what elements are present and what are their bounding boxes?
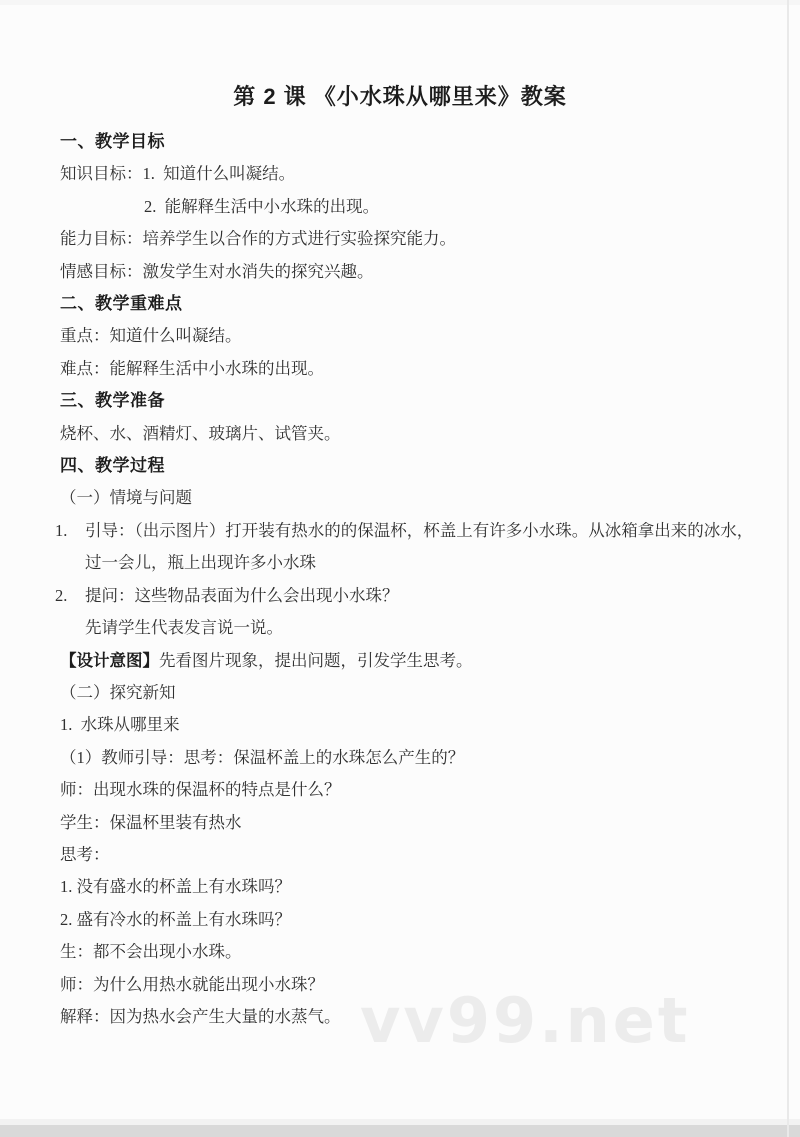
paragraph: 师：出现水珠的保温杯的特点是什么？ [60, 774, 770, 806]
paragraph: 情感目标：激发学生对水消失的探究兴趣。 [60, 256, 770, 288]
paragraph: 重点：知道什么叫凝结。 [60, 320, 770, 352]
section-heading: 一、教学目标 [60, 126, 770, 158]
list-marker: 2. [55, 580, 85, 645]
document-body: 一、教学目标知识目标：1. 知道什么叫凝结。2. 能解释生活中小水珠的出现。能力… [0, 126, 800, 1033]
paragraph: 1. 水珠从哪里来 [60, 709, 770, 741]
design-intent-text: 先看图片现象，提出问题，引发学生思考。 [159, 651, 473, 670]
paragraph: 2. 盛有冷水的杯盖上有水珠吗？ [60, 904, 770, 936]
paragraph: 学生：保温杯里装有热水 [60, 807, 770, 839]
paragraph: （一）情境与问题 [60, 482, 770, 514]
page-bottom-edge [0, 1125, 800, 1137]
paragraph: 知识目标：1. 知道什么叫凝结。 [60, 158, 770, 190]
paragraph: （1）教师引导：思考：保温杯盖上的水珠怎么产生的？ [60, 742, 770, 774]
paragraph: 难点：能解释生活中小水珠的出现。 [60, 353, 770, 385]
paragraph: 师：为什么用热水就能出现小水珠？ [60, 969, 770, 1001]
paragraph: （二）探究新知 [60, 677, 770, 709]
list-item-text: 提问：这些物品表面为什么会出现小水珠？先请学生代表发言说一说。 [85, 580, 399, 645]
document-page: vv99.net 第 2 课 《小水珠从哪里来》教案 一、教学目标知识目标：1.… [0, 0, 800, 1137]
section-heading: 三、教学准备 [60, 385, 770, 417]
list-item: 2.提问：这些物品表面为什么会出现小水珠？先请学生代表发言说一说。 [55, 580, 770, 645]
list-marker: 1. [55, 515, 85, 580]
paragraph: 解释：因为热水会产生大量的水蒸气。 [60, 1001, 770, 1033]
paragraph: 生：都不会出现小水珠。 [60, 936, 770, 968]
paragraph: 能力目标：培养学生以合作的方式进行实验探究能力。 [60, 223, 770, 255]
paragraph: 烧杯、水、酒精灯、玻璃片、试管夹。 [60, 418, 770, 450]
design-intent-label: 【设计意图】 [60, 652, 159, 670]
paragraph: 2. 能解释生活中小水珠的出现。 [60, 191, 770, 223]
list-item-text: 引导：（出示图片）打开装有热水的的保温杯，杯盖上有许多小水珠。从冰箱拿出来的冰水… [85, 515, 753, 580]
section-heading: 二、教学重难点 [60, 288, 770, 320]
list-item: 1.引导：（出示图片）打开装有热水的的保温杯，杯盖上有许多小水珠。从冰箱拿出来的… [55, 515, 770, 580]
design-intent-line: 【设计意图】先看图片现象，提出问题，引发学生思考。 [60, 645, 770, 677]
paragraph: 1. 没有盛水的杯盖上有水珠吗？ [60, 871, 770, 903]
paragraph: 思考： [60, 839, 770, 871]
document-content: 第 2 课 《小水珠从哪里来》教案 一、教学目标知识目标：1. 知道什么叫凝结。… [0, 0, 800, 1033]
document-title: 第 2 课 《小水珠从哪里来》教案 [0, 0, 800, 112]
section-heading: 四、教学过程 [60, 450, 770, 482]
